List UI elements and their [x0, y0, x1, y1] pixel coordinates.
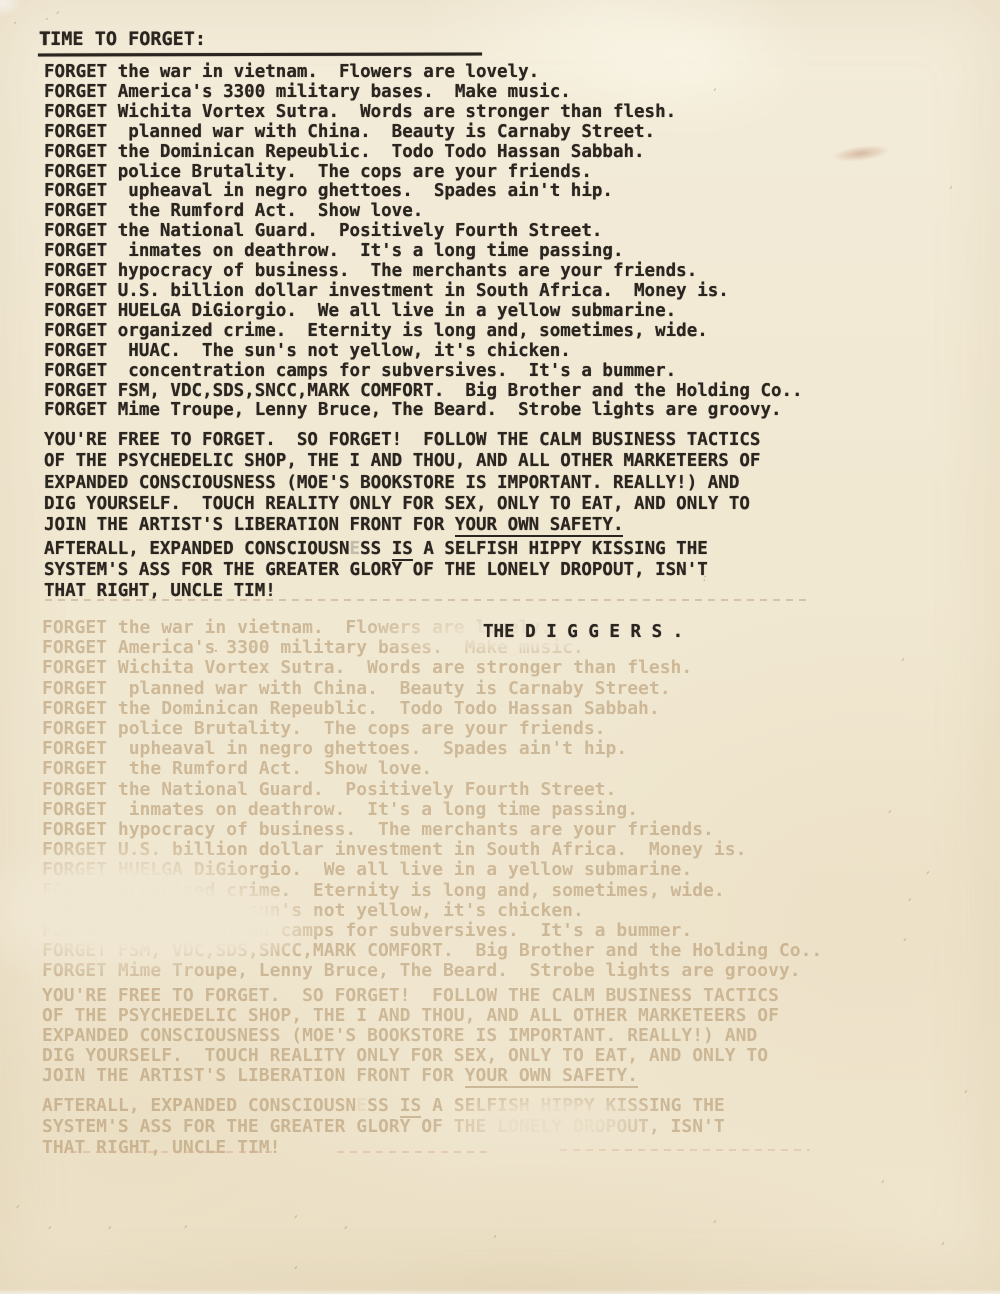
paragraph-line: OF THE PSYCHEDELIC SHOP, THE I AND THOU,…	[44, 451, 760, 472]
text-segment: JOIN THE ARTIST'S LIBERATION FRONT FOR	[44, 515, 455, 535]
paragraph-line: AFTERALL, EXPANDED CONSCIOUSNESS IS A SE…	[44, 539, 708, 560]
forget-line: FORGET Wichita Vortex Sutra. Words are s…	[44, 103, 803, 123]
text-segment: E	[350, 539, 361, 559]
text-segment: SS	[360, 539, 392, 559]
paragraph-line: SYSTEM'S ASS FOR THE GREATER GLORY OF TH…	[44, 560, 708, 581]
forget-line: FORGET HUAC. The sun's not yellow, it's …	[44, 342, 803, 362]
forget-line: FORGET Mime Troupe, Lenny Bruce, The Bea…	[44, 401, 803, 421]
text-segment: OF THE PSYCHEDELIC SHOP, THE I AND THOU,…	[44, 451, 760, 471]
paragraph-line: DIG YOURSELF. TOUCH REALITY ONLY FOR SEX…	[44, 494, 760, 515]
text-segment: YOU'RE FREE TO FORGET. SO FORGET! FOLLOW…	[44, 430, 760, 450]
forget-line: FORGET organized crime. Eternity is long…	[44, 322, 803, 342]
forget-line: FORGET FSM, VDC,SDS,SNCC,MARK COMFORT. B…	[44, 382, 803, 402]
forget-line: FORGET the Rumford Act. Show love.	[44, 202, 803, 222]
title-overstruck-letter: T	[39, 29, 50, 50]
paragraph-free-to-forget: YOU'RE FREE TO FORGET. SO FORGET! FOLLOW…	[44, 430, 760, 536]
forget-line: FORGET America's 3300 military bases. Ma…	[44, 83, 803, 103]
forget-line: FORGET hypocracy of business. The mercha…	[44, 262, 803, 282]
forget-line: FORGET inmates on deathrow. It's a long …	[44, 242, 803, 262]
paragraph-line: YOU'RE FREE TO FORGET. SO FORGET! FOLLOW…	[44, 430, 760, 451]
underlined-text: IS	[392, 539, 413, 561]
paragraph-afterall: AFTERALL, EXPANDED CONSCIOUSNESS IS A SE…	[44, 539, 708, 603]
paragraph-line: THAT RIGHT, UNCLE TIM!	[44, 581, 708, 602]
title-underline	[38, 53, 482, 57]
typewritten-content: TIME TO FORGET: FORGET the war in vietna…	[0, 0, 1000, 1294]
forget-line: FORGET concentration camps for subversiv…	[44, 362, 803, 382]
title-text: IME TO FORGET:	[50, 29, 206, 50]
scan-bottom-edge	[0, 1289, 1000, 1294]
forget-line: FORGET police Brutality. The cops are yo…	[44, 163, 803, 183]
text-segment: EXPANDED CONSCIOUSNESS (MOE'S BOOKSTORE …	[44, 473, 739, 493]
forget-line: FORGET upheaval in negro ghettoes. Spade…	[44, 182, 803, 202]
underlined-text: YOUR OWN SAFETY.	[455, 515, 624, 537]
paragraph-line: JOIN THE ARTIST'S LIBERATION FRONT FOR Y…	[44, 515, 760, 536]
forget-line: FORGET U.S. billion dollar investment in…	[44, 282, 803, 302]
forget-list: FORGET the war in vietnam. Flowers are l…	[44, 63, 803, 421]
document-title: TIME TO FORGET:	[39, 30, 206, 50]
text-segment: AFTERALL, EXPANDED CONSCIOUSN	[44, 539, 350, 559]
forget-line: FORGET the war in vietnam. Flowers are l…	[44, 63, 803, 83]
forget-line: FORGET planned war with China. Beauty is…	[44, 123, 803, 143]
text-segment: DIG YOURSELF. TOUCH REALITY ONLY FOR SEX…	[44, 494, 750, 514]
text-segment: A SELFISH HIPPY KISSING THE	[413, 539, 708, 559]
signature-the-diggers: THE D I G G E R S .	[483, 622, 683, 642]
text-segment: SYSTEM'S ASS FOR THE GREATER GLORY OF TH…	[44, 560, 708, 580]
text-segment: THAT RIGHT, UNCLE TIM!	[44, 581, 276, 601]
scanned-flyer-page: FORGET the war in vietnam. Flowers are l…	[0, 0, 1000, 1294]
forget-line: FORGET HUELGA DiGiorgio. We all live in …	[44, 302, 803, 322]
forget-line: FORGET the Dominican Repeublic. Todo Tod…	[44, 143, 803, 163]
paragraph-line: EXPANDED CONSCIOUSNESS (MOE'S BOOKSTORE …	[44, 473, 760, 494]
forget-line: FORGET the National Guard. Positively Fo…	[44, 222, 803, 242]
